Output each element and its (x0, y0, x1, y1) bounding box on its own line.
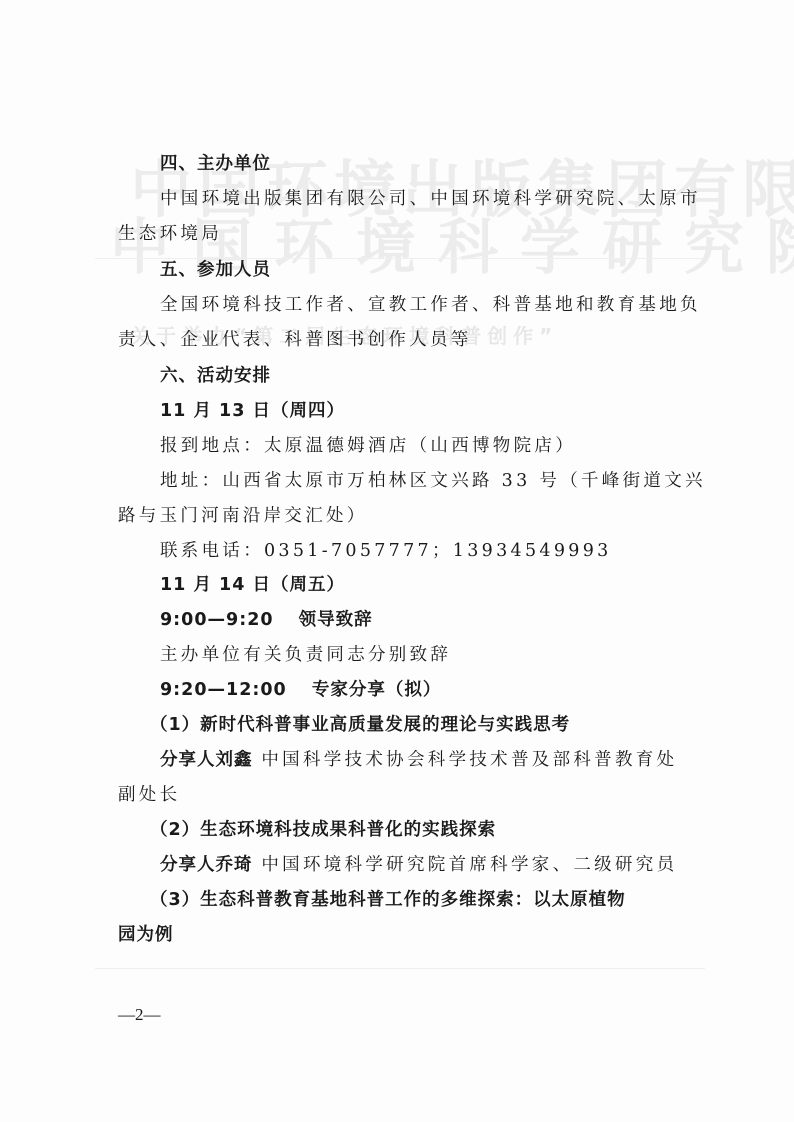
session2-time: 9:20—12:00 (160, 680, 287, 700)
talk-2-title: （2）生态环境科技成果科普化的实践探索 (150, 816, 730, 844)
talk-2-speaker-label: 分享人乔琦 (160, 855, 253, 875)
section-heading-organizers: 四、主办单位 (160, 150, 740, 178)
talk-2-speaker-desc: 中国环境科学研究院首席科学家、二级研究员 (261, 855, 677, 875)
organizers-text: 中国环境出版集团有限公司、中国环境科学研究院、太原市 (160, 185, 740, 213)
talk-1-speaker: 分享人刘鑫 中国科学技术协会科学技术普及部科普教育处 (160, 746, 740, 774)
talk-3-title: （3）生态科普教育基地科普工作的多维探索：以太原植物 (150, 886, 730, 914)
talk-1-title: （1）新时代科普事业高质量发展的理论与实践思考 (150, 711, 730, 739)
talk-1-speaker-label: 分享人刘鑫 (160, 750, 253, 770)
address: 地址：山西省太原市万柏林区文兴路 33 号（千峰街道文兴 (160, 467, 740, 495)
session1-title: 领导致辞 (299, 610, 373, 630)
organizers-text-cont: 生态环境局 (118, 220, 698, 248)
section-heading-schedule: 六、活动安排 (160, 362, 740, 390)
talk-3-title-cont: 园为例 (118, 921, 698, 949)
session1-desc: 主办单位有关负责同志分别致辞 (160, 641, 740, 669)
session2-title: 专家分享（拟） (312, 680, 442, 700)
day2-date: 11 月 14 日（周五） (160, 571, 740, 599)
contact-phone: 联系电话：0351-7057777；13934549993 (160, 537, 740, 565)
section-heading-participants: 五、参加人员 (160, 256, 740, 284)
talk-2-speaker: 分享人乔琦 中国环境科学研究院首席科学家、二级研究员 (160, 851, 740, 879)
address-cont: 路与玉门河南沿岸交汇处） (118, 502, 698, 530)
bleed-through-rule (95, 968, 705, 969)
session1-header: 9:00—9:20 领导致辞 (160, 606, 740, 634)
checkin-location: 报到地点：太原温德姆酒店（山西博物院店） (160, 432, 740, 460)
session1-time: 9:00—9:20 (160, 610, 274, 630)
participants-text: 全国环境科技工作者、宣教工作者、科普基地和教育基地负 (160, 291, 740, 319)
session2-header: 9:20—12:00 专家分享（拟） (160, 676, 740, 704)
participants-text-cont: 责人、企业代表、科普图书创作人员等 (118, 326, 698, 354)
talk-1-speaker-desc-cont: 副处长 (118, 781, 698, 809)
day1-date: 11 月 13 日（周四） (160, 397, 740, 425)
talk-1-speaker-desc: 中国科学技术协会科学技术普及部科普教育处 (261, 750, 677, 770)
page-number: —2— (118, 1005, 161, 1025)
